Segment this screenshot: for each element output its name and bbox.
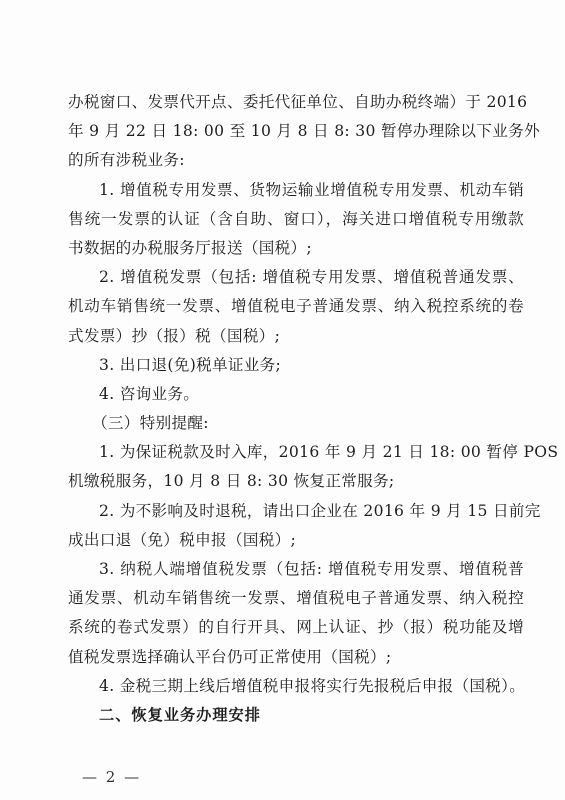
list-item-line: 系统的卷式发票）的自行开具、网上认证、抄（报）税功能及增 [68, 613, 524, 642]
paragraph-line: 办税窗口、发票代开点、委托代征单位、自助办税终端）于 2016 [68, 88, 524, 117]
list-item-line: 1. 为保证税款及时入库，2016 年 9 月 21 日 18: 00 暂停 P… [68, 438, 524, 467]
document-page: 办税窗口、发票代开点、委托代征单位、自助办税终端）于 2016 年 9 月 22… [0, 0, 565, 800]
list-item-line: 书数据的办税服务厅报送（国税）; [68, 234, 524, 263]
list-item-line: 3. 纳税人端增值税发票（包括: 增值税专用发票、增值税普 [68, 555, 524, 584]
list-item-line: 成出口退（免）税申报（国税）; [68, 526, 524, 555]
list-item-line: 4. 金税三期上线后增值税申报将实行先报税后申报（国税）。 [68, 672, 524, 701]
page-number: — 2 — [82, 768, 141, 786]
list-item-line: 1. 增值税专用发票、货物运输业增值税专用发票、机动车销 [68, 176, 524, 205]
list-item-line: 2. 为不影响及时退税，请出口企业在 2016 年 9 月 15 日前完 [68, 497, 524, 526]
list-item-line: 机缴税服务，10 月 8 日 8: 30 恢复正常服务; [68, 467, 524, 496]
list-item-line: 3. 出口退(免)税单证业务; [68, 351, 524, 380]
list-item-line: 通发票、机动车销售统一发票、增值税电子普通发票、纳入税控 [68, 584, 524, 613]
list-item-line: 2. 增值税发票（包括: 增值税专用发票、增值税普通发票、 [68, 263, 524, 292]
list-item-line: 值税发票选择确认平台仍可正常使用（国税）; [68, 643, 524, 672]
document-body: 办税窗口、发票代开点、委托代征单位、自助办税终端）于 2016 年 9 月 22… [68, 88, 524, 730]
paragraph-line: 年 9 月 22 日 18: 00 至 10 月 8 日 8: 30 暂停办理除… [68, 117, 524, 146]
list-item-line: 4. 咨询业务。 [68, 380, 524, 409]
list-item-line: 售统一发票的认证（含自助、窗口），海关进口增值税专用缴款 [68, 205, 524, 234]
list-item-line: 机动车销售统一发票、增值税电子普通发票、纳入税控系统的卷 [68, 292, 524, 321]
paragraph-line: 的所有涉税业务: [68, 146, 524, 175]
subheading-special-reminder: （三）特别提醒: [68, 409, 524, 438]
list-item-line: 式发票）抄（报）税（国税）; [68, 322, 524, 351]
section-heading: 二、恢复业务办理安排 [68, 701, 524, 730]
